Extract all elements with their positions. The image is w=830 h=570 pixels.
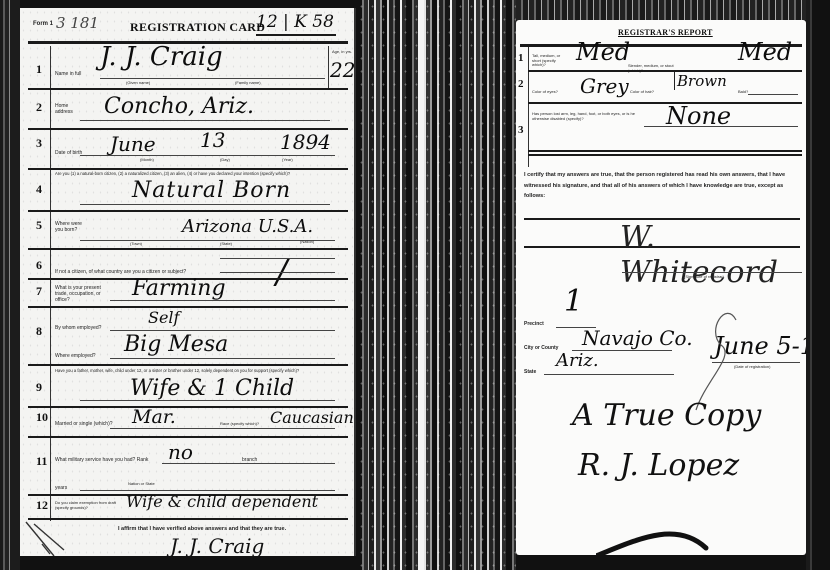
row-4-value: Natural Born (132, 178, 291, 203)
row-3-sub-day: (Day) (220, 158, 230, 163)
signature-flourish (596, 520, 726, 555)
row-number-9: 9 (36, 380, 42, 395)
row-7-label: What is your present trade, occupation, … (55, 286, 101, 303)
row-number-10: 10 (36, 410, 48, 425)
row-5-label: Where were you born? (55, 222, 85, 234)
row-3-divider (28, 168, 348, 170)
row-3-month: June (110, 132, 156, 156)
report-row-number-1: 1 (518, 52, 524, 64)
row-7-line (110, 300, 335, 301)
true-copy-annotation: A True Copy (572, 398, 761, 433)
row-9-value: Wife & 1 Child (130, 376, 294, 401)
age-value: 22 (330, 58, 355, 82)
row-5-sub-nation: (Nation) (300, 240, 314, 245)
row-number-3: 3 (36, 136, 42, 151)
row-5-sub-state: (State) (220, 242, 232, 247)
row-2-value: Concho, Ariz. (104, 94, 254, 119)
row-11-value: no (168, 440, 193, 464)
registration-card: Form 1 3 181 REGISTRATION CARD 12 | K 58… (20, 8, 356, 556)
state-value: Ariz. (556, 350, 599, 371)
row-7-divider (28, 306, 348, 308)
pen-stroke (666, 260, 756, 420)
precinct-value: 1 (564, 284, 583, 319)
bald-line (748, 94, 798, 95)
state-line (544, 374, 674, 375)
gutter-highlight (418, 0, 424, 570)
report-row-1-divider (528, 70, 802, 72)
row-12-value: Wife & child dependent (126, 492, 318, 511)
row-3-day: 13 (200, 128, 225, 152)
serial-number: 12 | K 58 (256, 12, 334, 32)
row-8-label: By whom employed? (55, 326, 101, 332)
row-10-value-2: Caucasian (270, 408, 354, 427)
report-row-3-line (644, 126, 798, 127)
report-row-3-divider (528, 150, 802, 152)
row-number-1: 1 (36, 62, 42, 77)
serial-underline (256, 34, 336, 36)
hair-color-value: Brown (674, 72, 727, 90)
row-9-line (80, 400, 335, 401)
row-10-label-2: Race (specify which)? (220, 422, 259, 427)
report-row-number-2: 2 (518, 78, 524, 90)
row-11-label: What military service have you had? Rank (55, 458, 148, 464)
scan-border-left (0, 0, 20, 570)
row-number-11: 11 (36, 454, 47, 469)
row-number-8: 8 (36, 324, 42, 339)
row-8-value-2: Big Mesa (124, 332, 228, 357)
row-number-5: 5 (36, 218, 42, 233)
form-label: Form 1 (33, 21, 53, 28)
attestation-signature: R. J. Lopez (578, 448, 739, 483)
row-5-line (80, 240, 335, 241)
corner-pencil-marks (24, 520, 84, 556)
row-4-label: Are you (1) a natural-born citizen, (2) … (55, 172, 345, 177)
row-10-divider (28, 436, 348, 438)
row-11-label-4: Nation or State (128, 482, 155, 487)
row-8-line (110, 330, 335, 331)
row-2-line (80, 120, 330, 121)
eye-color-value: Grey (580, 74, 629, 98)
state-label: State (524, 370, 536, 376)
report-row-2-label: Color of eyes? (532, 90, 558, 95)
row-3-sub-year: (Year) (282, 158, 293, 163)
row-8-line-2 (110, 358, 335, 359)
row-6-label: If not a citizen, of what country are yo… (55, 270, 186, 276)
row-5-sub-town: (Town) (130, 242, 142, 247)
report-row-2-divider (528, 102, 802, 104)
row-6-line-b (220, 272, 335, 273)
affirmation-text: I affirm that I have verified above answ… (118, 526, 286, 532)
row-3-year: 1894 (280, 130, 331, 154)
row-3-line (80, 155, 335, 156)
report-row-2-label-3: Bald? (738, 90, 748, 95)
row-11-label-3: years (55, 486, 67, 492)
row-12-label: Do you claim exemption from draft (speci… (55, 501, 127, 510)
certification-text: I certify that my answers are true, that… (524, 170, 800, 202)
city-county-label: City or County (524, 346, 558, 352)
row-3-label: Date of birth (55, 151, 82, 157)
row-10-value: Mar. (132, 406, 176, 428)
row-9-label: Have you a father, mother, wife, child u… (55, 369, 345, 374)
report-row-number-3: 3 (518, 124, 524, 136)
registrars-report-card: REGISTRAR'S REPORT 1 Tall, medium, or sh… (516, 20, 806, 555)
row-number-6: 6 (36, 258, 42, 273)
height-value: Med (738, 38, 792, 66)
row-11-line-2 (80, 490, 335, 491)
age-box-rule (328, 46, 329, 88)
row-number-12: 12 (36, 498, 48, 513)
row-number-2: 2 (36, 100, 42, 115)
row-1-divider (28, 88, 348, 90)
row-1-sub-given: (Given name) (126, 81, 150, 86)
build-value: Med (576, 38, 630, 66)
row-6-line-a (220, 258, 335, 259)
row-10-line (110, 428, 335, 429)
report-row-2-label-2: Color of hair? (630, 90, 654, 95)
precinct-label: Precinct (524, 322, 544, 328)
scanned-document: Form 1 3 181 REGISTRATION CARD 12 | K 58… (0, 0, 830, 570)
row-number-4: 4 (36, 182, 42, 197)
row-1-line (100, 78, 325, 79)
report-number-column-rule (528, 47, 529, 167)
row-4-divider (28, 210, 348, 212)
row-11-line (162, 463, 335, 464)
scan-border-right (806, 0, 830, 570)
row-5-divider (28, 248, 348, 250)
row-7-value: Farming (132, 276, 226, 301)
row-1-label: Name in full (55, 72, 81, 78)
number-column-rule (50, 46, 51, 521)
row-8-label-2: Where employed? (55, 354, 96, 360)
row-5-value: Arizona U.S.A. (182, 216, 313, 237)
form-number: 3 181 (56, 14, 99, 32)
row-1-value: J. J. Craig (100, 42, 223, 72)
card-title: REGISTRATION CARD (130, 20, 265, 35)
age-label: Age, in yrs. (332, 50, 352, 55)
row-2-label: Home address (55, 104, 77, 116)
row-8-value: Self (148, 308, 179, 327)
scan-gutter (356, 0, 516, 570)
report-row-1-label: Tall, medium, or short (specify which)? (532, 54, 562, 68)
row-8-divider (28, 364, 348, 366)
row-number-7: 7 (36, 284, 42, 299)
row-3-sub-month: (Month) (140, 158, 154, 163)
report-row-3-divider-2 (528, 154, 802, 156)
row-4-line (80, 204, 330, 205)
row-1-sub-family: (Family name) (235, 81, 261, 86)
report-title: REGISTRAR'S REPORT (618, 28, 713, 37)
report-row-3-label: Has person lost arm, leg, hand, foot, or… (532, 112, 642, 121)
scan-border-top-right (516, 0, 806, 20)
registrant-signature: J. J. Craig (170, 534, 264, 556)
row-10-label: Married or single (which)? (55, 422, 113, 428)
